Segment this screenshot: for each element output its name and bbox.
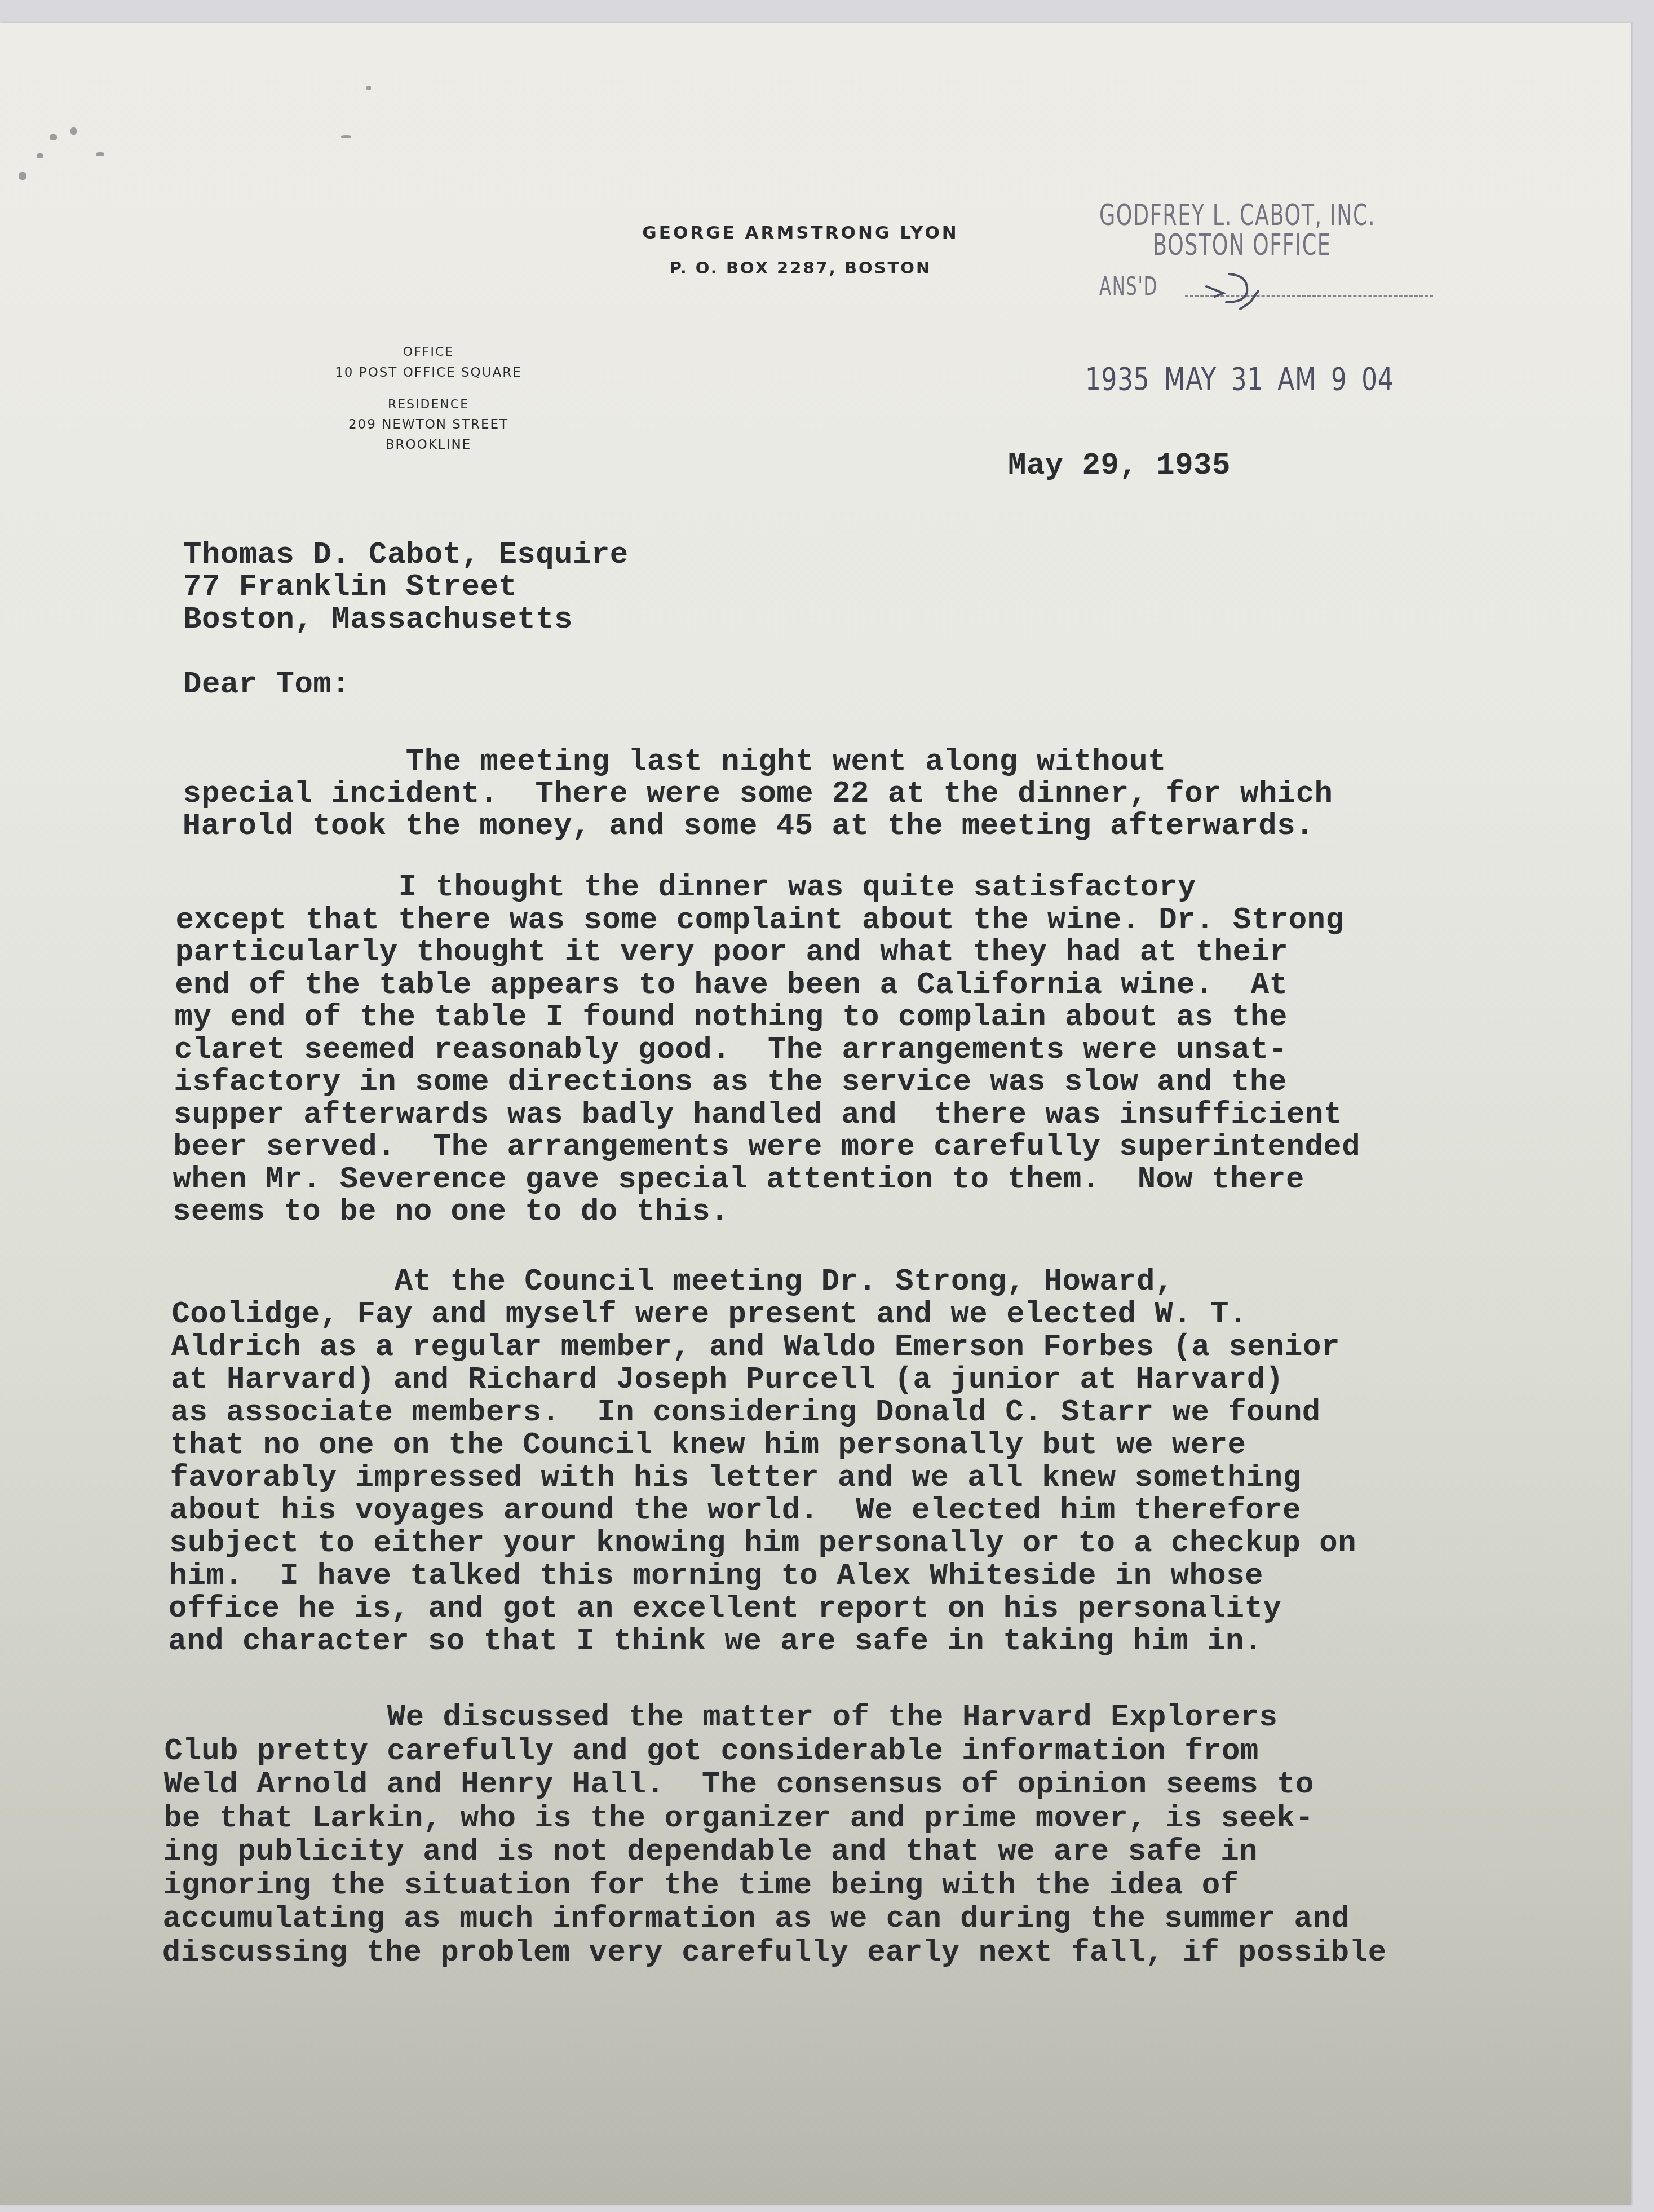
paper-speck [70, 127, 77, 135]
recipient-line: Boston, Massachusetts [183, 605, 573, 635]
body-line: subject to either your knowing him perso… [169, 1529, 1356, 1559]
body-line: isfactory in some directions as the serv… [174, 1067, 1286, 1098]
body-line: be that Larkin, who is the organizer and… [163, 1804, 1314, 1834]
body-line: as associate members. In considering Don… [171, 1398, 1321, 1428]
body-line: seems to be no one to do this. [173, 1197, 729, 1228]
body-line: favorably impressed with his letter and … [170, 1463, 1301, 1494]
letterhead-name: GEORGE ARMSTRONG LYON [609, 223, 992, 243]
body-line: ignoring the situation for the time bein… [163, 1871, 1239, 1901]
body-line: supper afterwards was badly handled and … [174, 1100, 1342, 1131]
salutation: Dear Tom: [183, 670, 350, 700]
body-line: when Mr. Severence gave special attentio… [173, 1165, 1304, 1195]
body-line: beer served. The arrangements were more … [173, 1132, 1360, 1163]
stamp-office: BOSTON OFFICE [1153, 228, 1331, 262]
body-line: about his voyages around the world. We e… [170, 1496, 1301, 1526]
body-line: except that there was some complaint abo… [175, 906, 1344, 936]
body-line: claret seemed reasonably good. The arran… [174, 1035, 1287, 1066]
letter-date: May 29, 1935 [1008, 451, 1231, 482]
paper-speck [37, 153, 43, 158]
stamp-company: GODFREY L. CABOT, INC. [1099, 198, 1376, 232]
body-line: Club pretty carefully and got considerab… [164, 1737, 1258, 1767]
letterhead-residence-town: BROOKLINE [304, 438, 552, 452]
letterhead-office-address: 10 POST OFFICE SQUARE [304, 365, 552, 380]
body-line: I thought the dinner was quite satisfact… [176, 873, 1196, 903]
body-line: my end of the table I found nothing to c… [175, 1003, 1288, 1033]
body-line: and character so that I think we are saf… [168, 1627, 1262, 1657]
body-line: The meeting last night went along withou… [183, 747, 1166, 778]
paper-speck [50, 134, 57, 140]
body-line: end of the table appears to have been a … [175, 970, 1288, 1001]
body-line: At the Council meeting Dr. Strong, Howar… [172, 1267, 1174, 1297]
recipient-line: Thomas D. Cabot, Esquire [183, 540, 629, 571]
stamp-answered-label: ANS'D [1099, 272, 1158, 301]
body-line: office he is, and got an excellent repor… [169, 1594, 1281, 1624]
paper-speck [19, 172, 26, 180]
stamp-received-datetime: 1935 MAY 31 AM 9 04 [1085, 361, 1394, 398]
body-line: at Harvard) and Richard Joseph Purcell (… [171, 1365, 1284, 1396]
body-line: discussing the problem very carefully ea… [162, 1938, 1387, 1968]
letterhead-residence-address: 209 NEWTON STREET [304, 417, 552, 432]
body-line: ing publicity and is not dependable and … [163, 1837, 1258, 1867]
body-line: particularly thought it very poor and wh… [175, 938, 1288, 968]
body-line: special incident. There were some 22 at … [183, 779, 1333, 810]
body-line: Harold took the money, and some 45 at th… [183, 811, 1314, 842]
body-line: Coolidge, Fay and myself were present an… [171, 1300, 1248, 1330]
body-line: him. I have talked this morning to Alex … [169, 1561, 1263, 1592]
body-line: We discussed the matter of the Harvard E… [165, 1703, 1277, 1733]
paper-speck [366, 86, 371, 90]
body-line: that no one on the Council knew him pers… [170, 1430, 1246, 1461]
letterhead-office-label: OFFICE [304, 345, 552, 359]
paper-speck [96, 152, 104, 156]
body-line: Aldrich as a regular member, and Waldo E… [171, 1332, 1340, 1363]
recipient-line: 77 Franklin Street [183, 572, 517, 603]
paper-speck [341, 135, 351, 138]
letterhead-residence-label: RESIDENCE [304, 398, 552, 412]
body-line: accumulating as much information as we c… [162, 1904, 1350, 1935]
letterhead-po-box: P. O. BOX 2287, BOSTON [609, 258, 992, 277]
body-line: Weld Arnold and Henry Hall. The consensu… [164, 1770, 1314, 1800]
handwritten-initials-icon [1184, 270, 1297, 315]
